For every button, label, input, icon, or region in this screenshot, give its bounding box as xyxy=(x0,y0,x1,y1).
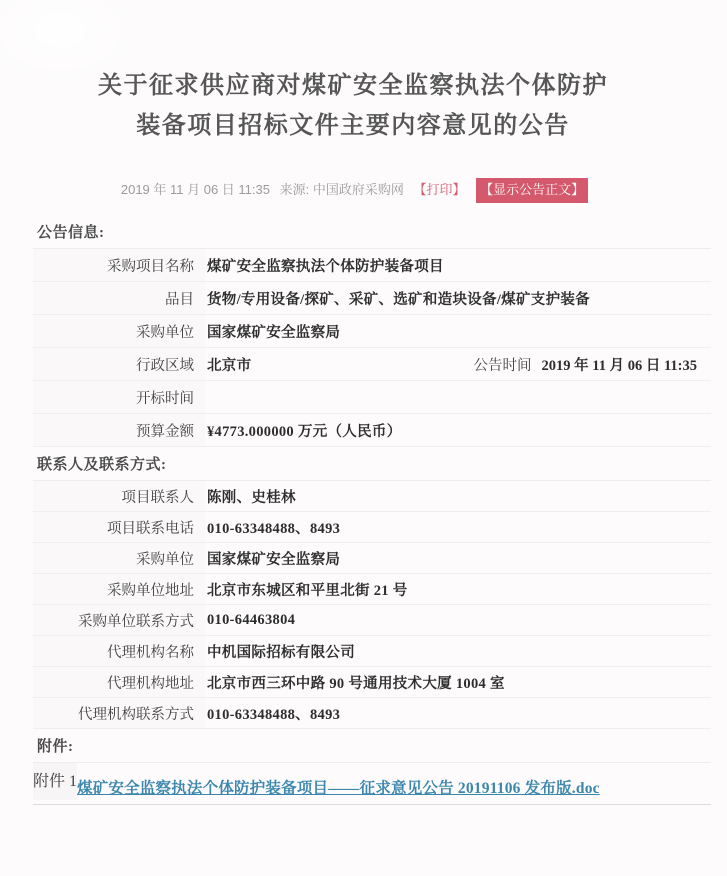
row-value: 陈刚、史桂林 xyxy=(205,486,296,507)
row-value: 010-63348488、8493 xyxy=(205,703,340,724)
row-label: 采购单位地址 xyxy=(33,574,205,604)
row-value: 北京市 xyxy=(205,354,251,375)
meta-line: 2019 年 11 月 06 日 11:35 来源: 中国政府采购网 【打印】 … xyxy=(8,178,698,203)
row-value: ¥4773.000000 万元（人民币） xyxy=(205,420,402,441)
table-row: 采购单位 国家煤矿安全监察局 xyxy=(33,315,711,348)
attachment-row: 附件 1 煤矿安全监察执法个体防护装备项目——征求意见公告 20191106 发… xyxy=(33,763,711,805)
row-value: 北京市东城区和平里北街 21 号 xyxy=(205,579,408,600)
row-label: 采购项目名称 xyxy=(33,249,205,281)
row-label: 代理机构名称 xyxy=(33,636,205,666)
table-row: 代理机构名称 中机国际招标有限公司 xyxy=(33,636,711,667)
row-label: 采购单位联系方式 xyxy=(33,605,205,635)
row-value: 北京市西三环中路 90 号通用技术大厦 1004 室 xyxy=(205,672,505,693)
row-value: 国家煤矿安全监察局 xyxy=(205,548,340,569)
row-label: 开标时间 xyxy=(33,381,205,413)
attachment-label: 附件 1 xyxy=(33,763,77,800)
row-value: 010-63348488、8493 xyxy=(205,517,340,538)
row-value: 010-64463804 xyxy=(205,612,295,629)
row-label: 行政区域 xyxy=(33,348,205,380)
table-row: 代理机构地址 北京市西三环中路 90 号通用技术大厦 1004 室 xyxy=(33,667,711,698)
announcement-content: 公告信息: 采购项目名称 煤矿安全监察执法个体防护装备项目 品目 货物/专用设备… xyxy=(33,215,711,805)
row-value: 国家煤矿安全监察局 xyxy=(205,321,340,342)
print-button[interactable]: 【打印】 xyxy=(413,182,465,197)
row-label: 品目 xyxy=(33,282,205,314)
table-row: 品目 货物/专用设备/探矿、采矿、选矿和造块设备/煤矿支护装备 xyxy=(33,282,711,315)
row-label: 代理机构联系方式 xyxy=(33,698,205,728)
table-row: 预算金额 ¥4773.000000 万元（人民币） xyxy=(33,414,711,447)
table-row: 采购单位 国家煤矿安全监察局 xyxy=(33,543,711,574)
source-text: 来源: 中国政府采购网 xyxy=(280,182,404,197)
contact-info-table: 项目联系人 陈刚、史桂林 项目联系电话 010-63348488、8493 采购… xyxy=(33,481,711,729)
table-row: 采购单位联系方式 010-64463804 xyxy=(33,605,711,636)
table-row: 采购单位地址 北京市东城区和平里北街 21 号 xyxy=(33,574,711,605)
row-value-secondary: 2019 年 11 月 06 日 11:35 xyxy=(542,354,711,375)
page-title: 关于征求供应商对煤矿安全监察执法个体防护 装备项目招标文件主要内容意见的公告 xyxy=(8,66,698,146)
table-row: 采购项目名称 煤矿安全监察执法个体防护装备项目 xyxy=(33,249,711,282)
attachments-table: 附件 1 煤矿安全监察执法个体防护装备项目——征求意见公告 20191106 发… xyxy=(33,763,711,805)
table-row: 项目联系人 陈刚、史桂林 xyxy=(33,481,711,512)
publish-datetime: 2019 年 11 月 06 日 11:35 xyxy=(121,182,270,197)
section-heading-contact-info: 联系人及联系方式: xyxy=(33,447,711,481)
row-label: 项目联系人 xyxy=(33,481,205,511)
table-row: 行政区域 北京市 公告时间 2019 年 11 月 06 日 11:35 xyxy=(33,348,711,381)
row-label: 项目联系电话 xyxy=(33,512,205,542)
show-notice-body-button[interactable]: 【显示公告正文】 xyxy=(476,178,588,203)
row-value: 煤矿安全监察执法个体防护装备项目 xyxy=(205,255,444,276)
row-label-secondary: 公告时间 xyxy=(474,354,542,375)
row-value: 中机国际招标有限公司 xyxy=(205,641,355,662)
section-heading-announcement-info: 公告信息: xyxy=(33,215,711,249)
section-heading-attachments: 附件: xyxy=(33,729,711,763)
row-label: 采购单位 xyxy=(33,315,205,347)
table-row: 开标时间 xyxy=(33,381,711,414)
row-label: 代理机构地址 xyxy=(33,667,205,697)
table-row: 项目联系电话 010-63348488、8493 xyxy=(33,512,711,543)
row-value: 货物/专用设备/探矿、采矿、选矿和造块设备/煤矿支护装备 xyxy=(205,288,590,309)
table-row: 代理机构联系方式 010-63348488、8493 xyxy=(33,698,711,729)
page-title-line2: 装备项目招标文件主要内容意见的公告 xyxy=(8,106,698,146)
attachment-file-link[interactable]: 煤矿安全监察执法个体防护装备项目——征求意见公告 20191106 发布版.do… xyxy=(77,776,600,798)
announcement-page: 关于征求供应商对煤矿安全监察执法个体防护 装备项目招标文件主要内容意见的公告 2… xyxy=(0,0,727,805)
announcement-info-table: 采购项目名称 煤矿安全监察执法个体防护装备项目 品目 货物/专用设备/探矿、采矿… xyxy=(33,249,711,447)
page-title-line1: 关于征求供应商对煤矿安全监察执法个体防护 xyxy=(8,66,698,106)
row-label: 预算金额 xyxy=(33,414,205,446)
row-label: 采购单位 xyxy=(33,543,205,573)
